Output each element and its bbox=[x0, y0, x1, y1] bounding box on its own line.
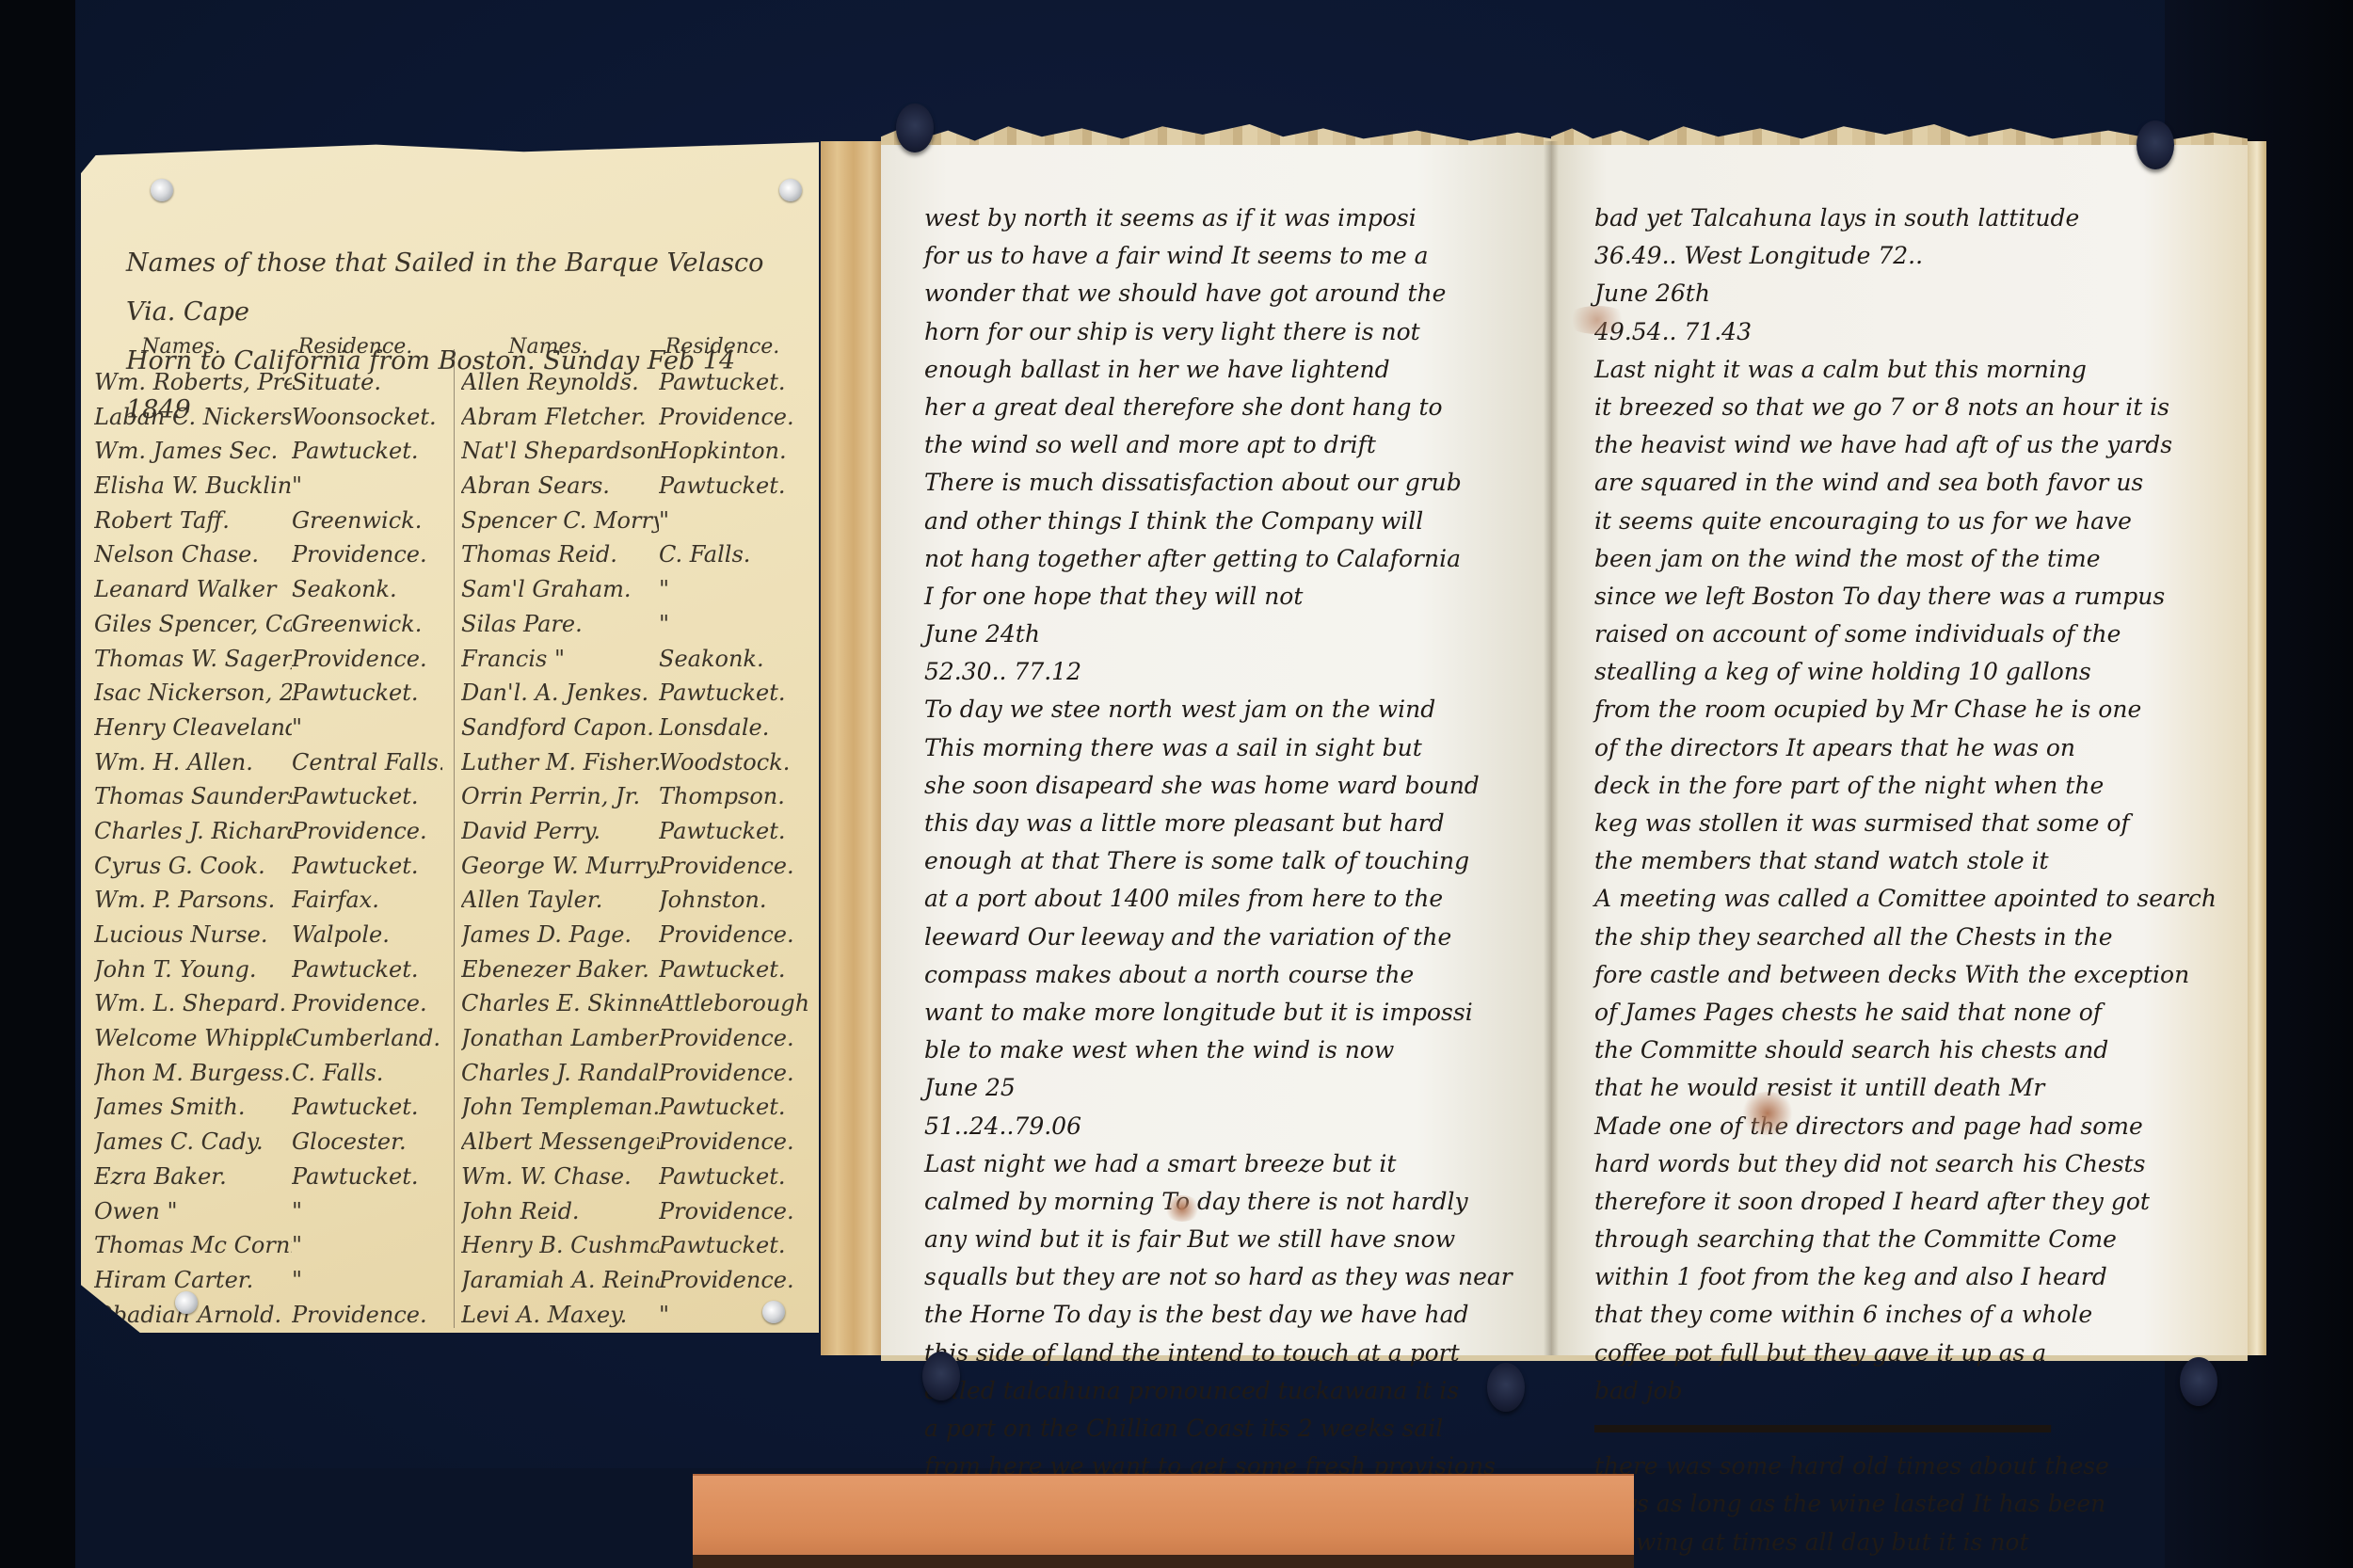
wooden-stand bbox=[693, 1474, 1634, 1568]
list-entry: John Templeman.Pawtucket. bbox=[461, 1090, 809, 1125]
journal-line: wonder that we should have got around th… bbox=[881, 275, 1551, 312]
journal-line: the wind so well and more apt to drift bbox=[881, 426, 1551, 464]
journal-line: 52.30.. 77.12 bbox=[881, 653, 1551, 691]
list-entry: Abran Sears.Pawtucket. bbox=[461, 469, 809, 504]
journal-line: a port on the Chillian Coast its 2 weeks… bbox=[881, 1410, 1551, 1448]
passenger-name: Spencer C. Morry. bbox=[461, 504, 659, 538]
journal-line: she soon disapeard she was home ward bou… bbox=[881, 767, 1551, 805]
passenger-residence: Pawtucket. bbox=[659, 814, 809, 849]
passenger-name: Owen " bbox=[94, 1194, 292, 1229]
passenger-residence: " bbox=[292, 1228, 442, 1263]
passenger-residence: " bbox=[292, 711, 442, 745]
column-header: Names. Residence. bbox=[461, 335, 809, 365]
list-entry: Isac Nickerson, 2nd "Pawtucket. bbox=[94, 676, 442, 711]
passenger-residence: Pawtucket. bbox=[292, 849, 442, 884]
names-column-right: Names. Residence. Allen Reynolds.Pawtuck… bbox=[461, 335, 809, 1401]
stand-shadow bbox=[693, 1555, 1634, 1568]
passenger-name: Cyrus G. Cook. bbox=[94, 849, 292, 884]
journal-line: keg was stollen it was surmised that som… bbox=[1551, 805, 2248, 842]
passenger-name: Elisha W. Bucklin Treas. bbox=[94, 469, 292, 504]
journal-line: of the directors It apears that he was o… bbox=[1551, 729, 2248, 767]
list-entry: Elisha W. Bucklin Treas." bbox=[94, 469, 442, 504]
list-entry: John T. Young.Pawtucket. bbox=[94, 952, 442, 987]
list-entry: Thomas Mc Cornick." bbox=[94, 1228, 442, 1263]
journal-line: for us to have a fair wind It seems to m… bbox=[881, 237, 1551, 275]
list-entry: David Perry.Pawtucket. bbox=[461, 814, 809, 849]
journal-line: calmed by morning To day there is not ha… bbox=[881, 1183, 1551, 1221]
passenger-residence: Providence. bbox=[659, 1125, 809, 1160]
passenger-residence: " bbox=[659, 1298, 809, 1333]
passenger-name: Luther M. Fisher. bbox=[461, 745, 659, 780]
journal-line: bad job bbox=[1551, 1372, 2248, 1410]
list-entry: George W. Murry.Providence. bbox=[461, 849, 809, 884]
list-entry: Wm. H. Allen.Central Falls. bbox=[94, 745, 442, 780]
passenger-residence: Glocester. bbox=[292, 1125, 442, 1160]
passenger-name: Laban C. Nickerson " bbox=[94, 400, 292, 435]
passenger-name: Giles Spencer, Capt. bbox=[94, 607, 292, 642]
mounting-pin-icon bbox=[762, 1301, 785, 1323]
mounting-clip-icon bbox=[2180, 1357, 2217, 1406]
passenger-residence: C. Falls. bbox=[659, 537, 809, 572]
list-entry: Obadiah Arnold.Providence. bbox=[94, 1298, 442, 1333]
passenger-name: Leanard Walker bbox=[94, 572, 292, 607]
passenger-name: George W. Murry. bbox=[461, 849, 659, 884]
mounting-clip-icon bbox=[1487, 1363, 1525, 1412]
list-entry: Henry B. Cushman.Pawtucket. bbox=[461, 1228, 809, 1263]
journal-line: compass makes about a north course the bbox=[881, 956, 1551, 994]
list-entry: Orrin Perrin, Jr.Thompson. bbox=[461, 779, 809, 814]
passenger-residence: " bbox=[292, 1194, 442, 1229]
passenger-residence: Providence. bbox=[659, 1021, 809, 1056]
passenger-name: Wm. James Sec. bbox=[94, 434, 292, 469]
passenger-residence: Providence. bbox=[659, 918, 809, 952]
passenger-name: Robert Taff. bbox=[94, 504, 292, 538]
passenger-name: Henry B. Cushman. bbox=[461, 1228, 659, 1263]
journal-line: A meeting was called a Comittee apointed… bbox=[1551, 880, 2248, 918]
journal-line: been jam on the wind the most of the tim… bbox=[1551, 540, 2248, 578]
passenger-name: Charles J. Richardson. bbox=[94, 814, 292, 849]
passenger-residence: Fairfax. bbox=[292, 883, 442, 918]
mounting-clip-icon bbox=[896, 104, 934, 152]
passenger-name: Albert Messenger. bbox=[461, 1125, 659, 1160]
passenger-name: Nelson Chase. bbox=[94, 537, 292, 572]
journal-line: at a port about 1400 miles from here to … bbox=[881, 880, 1551, 918]
list-entry: Dan'l. A. Jenkes.Pawtucket. bbox=[461, 676, 809, 711]
passenger-residence: Pawtucket. bbox=[292, 1090, 442, 1125]
mounting-pin-icon bbox=[151, 179, 173, 201]
journal-line: and other things I think the Company wil… bbox=[881, 503, 1551, 540]
journal-line: it seems quite encouraging to us for we … bbox=[1551, 503, 2248, 540]
journal-line: squalls but they are not so hard as they… bbox=[881, 1258, 1551, 1296]
journal-line: want to make more longitude but it is im… bbox=[881, 994, 1551, 1032]
background-left-edge bbox=[0, 0, 75, 1568]
passenger-residence: Pawtucket. bbox=[292, 676, 442, 711]
list-entry: Wm. L. Shepard.Providence. bbox=[94, 986, 442, 1021]
journal-line: I for one hope that they will not bbox=[881, 578, 1551, 616]
journal-line: There is much dissatisfaction about our … bbox=[881, 464, 1551, 502]
passenger-name: Francis " bbox=[461, 642, 659, 677]
mounting-clip-icon bbox=[922, 1352, 960, 1400]
journal-line: This morning there was a sail in sight b… bbox=[881, 729, 1551, 767]
list-entry: Jhon M. Burgess.C. Falls. bbox=[94, 1056, 442, 1091]
journal-line: that he would resist it untill death Mr bbox=[1551, 1069, 2248, 1107]
sheet-title-line-1: Names of those that Sailed in the Barque… bbox=[126, 239, 785, 337]
header-names: Names. bbox=[461, 335, 635, 365]
journal-line: within 1 foot from the keg and also I he… bbox=[1551, 1258, 2248, 1296]
journal-line: the Horne To day is the best day we have… bbox=[881, 1296, 1551, 1334]
journal-line: coffee pot full but they gave it up as a bbox=[1551, 1335, 2248, 1372]
passenger-residence: Situate. bbox=[292, 365, 442, 400]
passenger-residence: Pawtucket. bbox=[292, 779, 442, 814]
passenger-residence: Seakonk. bbox=[292, 572, 442, 607]
journal-line: this side of land the intend to touch at… bbox=[881, 1335, 1551, 1372]
journal-line: therefore it soon droped I heard after t… bbox=[1551, 1183, 2248, 1221]
list-entry: Wm. Roberts, Presd.Situate. bbox=[94, 365, 442, 400]
passenger-residence: Thompson. bbox=[659, 779, 809, 814]
column-divider bbox=[454, 349, 455, 1328]
list-entry: Silas Pare." bbox=[461, 607, 809, 642]
passenger-residence: Pawtucket. bbox=[659, 1160, 809, 1194]
passenger-name: Lucious Nurse. bbox=[94, 918, 292, 952]
journal-line: 36.49.. West Longitude 72.. bbox=[1551, 237, 2248, 275]
passenger-name: Abram Fletcher. bbox=[461, 400, 659, 435]
journal-line: are squared in the wind and sea both fav… bbox=[1551, 464, 2248, 502]
passenger-name: Henry Cleaveland. bbox=[94, 711, 292, 745]
ink-stain bbox=[1564, 306, 1630, 334]
list-entry: Wm. P. Parsons.Fairfax. bbox=[94, 883, 442, 918]
passenger-name: Wm. Roberts, Presd. bbox=[94, 365, 292, 400]
ink-stain bbox=[1163, 1195, 1201, 1222]
journal-line: 49.54.. 71.43 bbox=[1551, 313, 2248, 351]
journal-line: through searching that the Committe Come bbox=[1551, 1221, 2248, 1258]
passenger-list-sheet: Names of those that Sailed in the Barque… bbox=[81, 137, 819, 1333]
list-entry: Welcome Whipple.Cumberland. bbox=[94, 1021, 442, 1056]
passenger-name: John T. Young. bbox=[94, 952, 292, 987]
passenger-residence: Pawtucket. bbox=[659, 365, 809, 400]
book-page-edges-right bbox=[2248, 141, 2266, 1355]
passenger-residence: C. Falls. bbox=[292, 1056, 442, 1091]
list-entry: Leanard WalkerSeakonk. bbox=[94, 572, 442, 607]
journal-line: Last night we had a smart breeze but it bbox=[881, 1145, 1551, 1183]
passenger-name: Charles J. Randall. bbox=[461, 1056, 659, 1091]
passenger-name: Charles E. Skinner. bbox=[461, 986, 659, 1021]
journal-line: enough ballast in her we have lightend bbox=[881, 351, 1551, 389]
journal-line: the members that stand watch stole it bbox=[1551, 842, 2248, 880]
passenger-residence: Cumberland. bbox=[292, 1021, 442, 1056]
journal-line: deck in the fore part of the night when … bbox=[1551, 767, 2248, 805]
list-entry: Abram Fletcher.Providence. bbox=[461, 400, 809, 435]
passenger-residence: Providence. bbox=[659, 400, 809, 435]
passenger-name: Jonathan Lambert. bbox=[461, 1021, 659, 1056]
list-entry: John Reid.Providence. bbox=[461, 1194, 809, 1229]
passenger-residence: Attleborough. bbox=[659, 986, 809, 1021]
passenger-name: John Templeman. bbox=[461, 1090, 659, 1125]
passenger-residence: Seakonk. bbox=[659, 642, 809, 677]
passenger-name: Dan'l. A. Jenkes. bbox=[461, 676, 659, 711]
list-entry: James Smith.Pawtucket. bbox=[94, 1090, 442, 1125]
mounting-clip-icon bbox=[2137, 120, 2174, 169]
passenger-name: Allen Tayler. bbox=[461, 883, 659, 918]
book-page-edges-left bbox=[821, 141, 887, 1355]
passenger-residence: Providence. bbox=[292, 642, 442, 677]
list-entry: Allen Tayler.Johnston. bbox=[461, 883, 809, 918]
passenger-residence: Walpole. bbox=[292, 918, 442, 952]
passenger-residence: Central Falls. bbox=[292, 745, 442, 780]
list-entry: Giles Spencer, Capt.Greenwick. bbox=[94, 607, 442, 642]
passenger-residence: " bbox=[292, 1263, 442, 1298]
list-entry: Ezra Baker.Pawtucket. bbox=[94, 1160, 442, 1194]
passenger-name: Orrin Perrin, Jr. bbox=[461, 779, 659, 814]
passenger-name: Sam'l Graham. bbox=[461, 572, 659, 607]
list-entry: Charles J. Richardson.Providence. bbox=[94, 814, 442, 849]
journal-line: — — — — — — — — — — — — — — bbox=[1551, 1410, 2248, 1448]
passenger-residence: " bbox=[659, 607, 809, 642]
list-entry: Ebenezer Baker.Pawtucket. bbox=[461, 952, 809, 987]
passenger-name: Ezra Baker. bbox=[94, 1160, 292, 1194]
passenger-residence: Pawtucket. bbox=[292, 434, 442, 469]
journal-line: the Committe should search his chests an… bbox=[1551, 1032, 2248, 1069]
journal-line: leeward Our leeway and the variation of … bbox=[881, 919, 1551, 956]
journal-line: from the room ocupied by Mr Chase he is … bbox=[1551, 691, 2248, 728]
passenger-name: Wm. H. Allen. bbox=[94, 745, 292, 780]
passenger-name: Silas Pare. bbox=[461, 607, 659, 642]
journal-left-page: west by north it seems as if it was impo… bbox=[881, 141, 1551, 1361]
passenger-residence: " bbox=[659, 504, 809, 538]
passenger-residence: Pawtucket. bbox=[659, 469, 809, 504]
passenger-name: James C. Cady. bbox=[94, 1125, 292, 1160]
header-names: Names. bbox=[94, 335, 268, 365]
list-entry: Owen "" bbox=[94, 1194, 442, 1229]
journal-line: bad yet Talcahuna lays in south lattitud… bbox=[1551, 200, 2248, 237]
passenger-name: Ebenezer Baker. bbox=[461, 952, 659, 987]
passenger-residence: Providence. bbox=[659, 1056, 809, 1091]
journal-line: ble to make west when the wind is now bbox=[881, 1032, 1551, 1069]
journal-line: her a great deal therefore she dont hang… bbox=[881, 389, 1551, 426]
list-entry: Wm. W. Chase.Pawtucket. bbox=[461, 1160, 809, 1194]
list-entry: Hiram Carter." bbox=[94, 1263, 442, 1298]
journal-line: west by north it seems as if it was impo… bbox=[881, 200, 1551, 237]
passenger-name: Levi A. Maxey. bbox=[461, 1298, 659, 1333]
header-residence: Residence. bbox=[635, 335, 809, 365]
passenger-name: Sandford Capon. bbox=[461, 711, 659, 745]
passenger-residence: Pawtucket. bbox=[292, 1160, 442, 1194]
journal-line: hard words but they did not search his C… bbox=[1551, 1145, 2248, 1183]
passenger-residence: Providence. bbox=[292, 814, 442, 849]
journal-line: the heavist wind we have had aft of us t… bbox=[1551, 426, 2248, 464]
list-entry: Thomas Saunders.Pawtucket. bbox=[94, 779, 442, 814]
journal-line: Last night it was a calm but this mornin… bbox=[1551, 351, 2248, 389]
list-entry: Laban C. Nickerson "Woonsocket. bbox=[94, 400, 442, 435]
passenger-residence: Providence. bbox=[659, 1263, 809, 1298]
list-entry: Sandford Capon.Lonsdale. bbox=[461, 711, 809, 745]
journal-line: enough at that There is some talk of tou… bbox=[881, 842, 1551, 880]
journal-line: since we left Boston To day there was a … bbox=[1551, 578, 2248, 616]
journal-right-lines: bad yet Talcahuna lays in south lattitud… bbox=[1551, 200, 2248, 1561]
list-entry: Charles E. Skinner.Attleborough. bbox=[461, 986, 809, 1021]
passenger-name: Jhon M. Burgess. bbox=[94, 1056, 292, 1091]
journal-line: June 25 bbox=[881, 1069, 1551, 1107]
passenger-residence: Woodstock. bbox=[659, 745, 809, 780]
passenger-residence: Providence. bbox=[292, 537, 442, 572]
list-entry: Sam'l Graham." bbox=[461, 572, 809, 607]
passenger-name: Thomas Mc Cornick. bbox=[94, 1228, 292, 1263]
journal-line: snowing at times all day but it is not bbox=[1551, 1524, 2248, 1561]
list-entry: Francis "Seakonk. bbox=[461, 642, 809, 677]
passenger-residence: Pawtucket. bbox=[659, 952, 809, 987]
passenger-name: Thomas W. Sager, 1st Mate bbox=[94, 642, 292, 677]
passenger-residence: Woonsocket. bbox=[292, 400, 442, 435]
passenger-residence: Pawtucket. bbox=[292, 952, 442, 987]
list-entry: Albert Messenger.Providence. bbox=[461, 1125, 809, 1160]
names-column-left: Names. Residence. Wm. Roberts, Presd.Sit… bbox=[94, 335, 442, 1401]
passenger-residence: Pawtucket. bbox=[659, 1090, 809, 1125]
list-entry: Jonathan Lambert.Providence. bbox=[461, 1021, 809, 1056]
journal-line: stealling a keg of wine holding 10 gallo… bbox=[1551, 653, 2248, 691]
passenger-name: Hiram Carter. bbox=[94, 1263, 292, 1298]
passenger-name: James Smith. bbox=[94, 1090, 292, 1125]
journal-line: that they come within 6 inches of a whol… bbox=[1551, 1296, 2248, 1334]
passenger-name: Thomas Saunders. bbox=[94, 779, 292, 814]
journal-line: 51..24..79.06 bbox=[881, 1108, 1551, 1145]
list-entry: Nelson Chase.Providence. bbox=[94, 537, 442, 572]
passenger-residence: Providence. bbox=[292, 986, 442, 1021]
list-entry: Nat'l Shepardson.Hopkinton. bbox=[461, 434, 809, 469]
journal-right-page: bad yet Talcahuna lays in south lattitud… bbox=[1551, 141, 2248, 1361]
journal-line: fore castle and between decks With the e… bbox=[1551, 956, 2248, 994]
journal-line: the ship they searched all the Chests in… bbox=[1551, 919, 2248, 956]
passenger-residence: Providence. bbox=[659, 1194, 809, 1229]
passenger-residence: " bbox=[659, 572, 809, 607]
list-entry: Thomas Reid.C. Falls. bbox=[461, 537, 809, 572]
passenger-residence: Pawtucket. bbox=[659, 676, 809, 711]
passenger-name: David Perry. bbox=[461, 814, 659, 849]
journal-line: there was some hard old times about thes… bbox=[1551, 1448, 2248, 1485]
passenger-name: Isac Nickerson, 2nd " bbox=[94, 676, 292, 711]
journal-line: Made one of the directors and page had s… bbox=[1551, 1108, 2248, 1145]
passenger-residence: Johnston. bbox=[659, 883, 809, 918]
mounting-pin-icon bbox=[175, 1291, 198, 1314]
list-entry: Luther M. Fisher.Woodstock. bbox=[461, 745, 809, 780]
journal-line: To day we stee north west jam on the win… bbox=[881, 691, 1551, 728]
list-entry: Henry Cleaveland." bbox=[94, 711, 442, 745]
journal-left-lines: west by north it seems as if it was impo… bbox=[881, 200, 1551, 1561]
passenger-residence: " bbox=[292, 469, 442, 504]
passenger-name: Welcome Whipple. bbox=[94, 1021, 292, 1056]
book-gutter bbox=[1544, 141, 1559, 1355]
passenger-name: Wm. P. Parsons. bbox=[94, 883, 292, 918]
passenger-residence: Providence. bbox=[659, 849, 809, 884]
passenger-name: James D. Page. bbox=[461, 918, 659, 952]
header-residence: Residence. bbox=[268, 335, 442, 365]
journal-line: of James Pages chests he said that none … bbox=[1551, 994, 2248, 1032]
passenger-residence: Greenwick. bbox=[292, 607, 442, 642]
passenger-name: Nat'l Shepardson. bbox=[461, 434, 659, 469]
journal-line: horn for our ship is very light there is… bbox=[881, 313, 1551, 351]
journal-line: raised on account of some individuals of… bbox=[1551, 616, 2248, 653]
mounting-pin-icon bbox=[779, 179, 802, 201]
journal-line: days as long as the wine lasted It has b… bbox=[1551, 1485, 2248, 1523]
list-entry: Thomas W. Sager, 1st MateProvidence. bbox=[94, 642, 442, 677]
passenger-residence: Providence. bbox=[292, 1298, 442, 1333]
ink-stain bbox=[1739, 1092, 1796, 1135]
journal-line: not hang together after getting to Calaf… bbox=[881, 540, 1551, 578]
list-entry: James C. Cady.Glocester. bbox=[94, 1125, 442, 1160]
list-entry: Spencer C. Morry." bbox=[461, 504, 809, 538]
passenger-residence: Greenwick. bbox=[292, 504, 442, 538]
list-entry: Cyrus G. Cook.Pawtucket. bbox=[94, 849, 442, 884]
passenger-name: Wm. L. Shepard. bbox=[94, 986, 292, 1021]
list-entry: Lucious Nurse.Walpole. bbox=[94, 918, 442, 952]
journal-line: any wind but it is fair But we still hav… bbox=[881, 1221, 1551, 1258]
list-entry: James D. Page.Providence. bbox=[461, 918, 809, 952]
journal-line: June 24th bbox=[881, 616, 1551, 653]
passenger-name: Abran Sears. bbox=[461, 469, 659, 504]
passenger-name: Wm. W. Chase. bbox=[461, 1160, 659, 1194]
list-entry: Charles J. Randall.Providence. bbox=[461, 1056, 809, 1091]
list-entry: Allen Reynolds.Pawtucket. bbox=[461, 365, 809, 400]
list-entry: Levi A. Maxey." bbox=[461, 1298, 809, 1333]
passenger-residence: Lonsdale. bbox=[659, 711, 809, 745]
list-entry: Robert Taff.Greenwick. bbox=[94, 504, 442, 538]
passenger-residence: Pawtucket. bbox=[659, 1228, 809, 1263]
passenger-name: Thomas Reid. bbox=[461, 537, 659, 572]
journal-line: this day was a little more pleasant but … bbox=[881, 805, 1551, 842]
passenger-name: Jaramiah A. Reinalds. bbox=[461, 1263, 659, 1298]
list-entry: Wm. James Sec.Pawtucket. bbox=[94, 434, 442, 469]
passenger-name: Allen Reynolds. bbox=[461, 365, 659, 400]
journal-line: it breezed so that we go 7 or 8 nots an … bbox=[1551, 389, 2248, 426]
journal-line: June 26th bbox=[1551, 275, 2248, 312]
journal-line: called talcahuna pronounced tuckawana it… bbox=[881, 1372, 1551, 1410]
column-header: Names. Residence. bbox=[94, 335, 442, 365]
passenger-name: John Reid. bbox=[461, 1194, 659, 1229]
passenger-residence: Hopkinton. bbox=[659, 434, 809, 469]
list-entry: Jaramiah A. Reinalds.Providence. bbox=[461, 1263, 809, 1298]
